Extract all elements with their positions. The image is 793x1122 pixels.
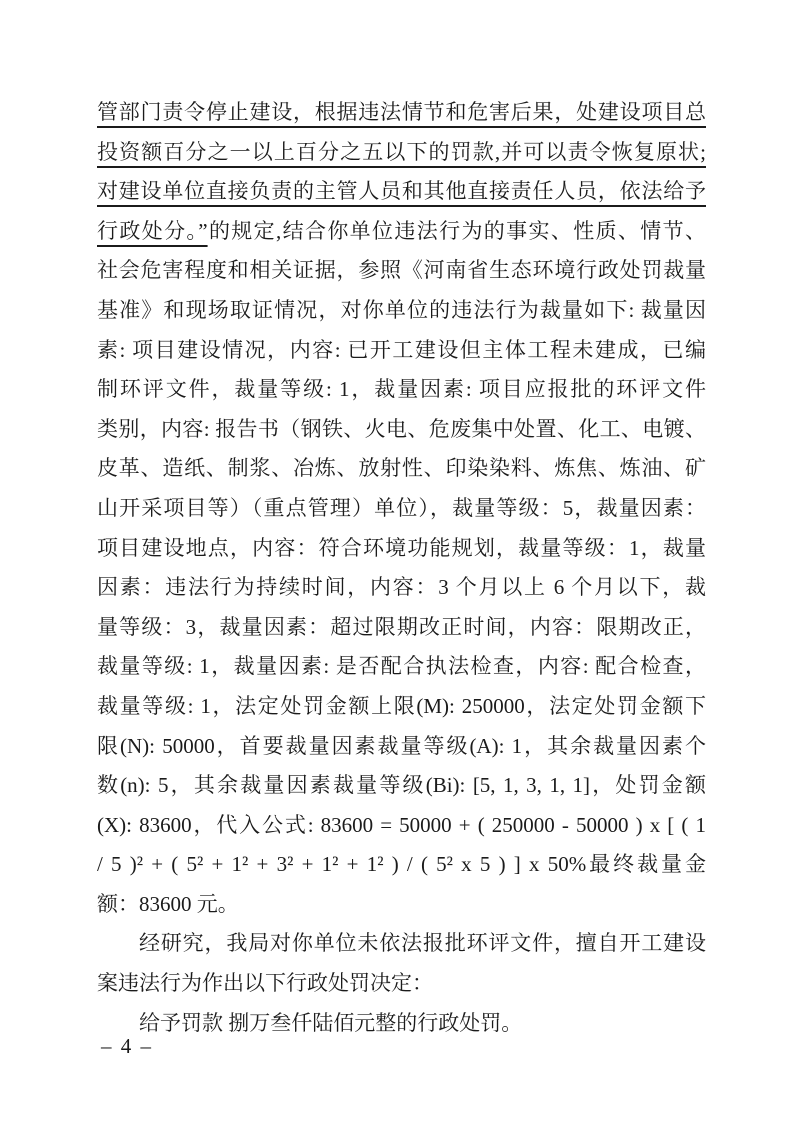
text-segment: 数(n): 5，其余裁量因素裁量等级(Bi): [5, 1, 3, 1, 1]，… — [97, 773, 706, 797]
text-line: 数(n): 5，其余裁量因素裁量等级(Bi): [5, 1, 3, 1, 1]，… — [97, 766, 706, 806]
text-line: 给予罚款 捌万叁仟陆佰元整的行政处罚。 — [97, 1004, 706, 1044]
text-line: 对建设单位直接负责的主管人员和其他直接责任人员，依法给予 — [97, 172, 706, 212]
text-segment: 裁量等级: 1，法定处罚金额上限(M): 250000，法定处罚金额下 — [97, 694, 706, 718]
underlined-text-segment: 行政处分。” — [97, 219, 208, 243]
text-line: / 5 )² + ( 5² + 1² + 3² + 1² + 1² ) / ( … — [97, 845, 706, 885]
text-segment: 制环评文件，裁量等级: 1，裁量因素: 项目应报批的环评文件 — [97, 377, 706, 401]
text-line: 管部门责令停止建设，根据违法情节和危害后果，处建设项目总 — [97, 93, 706, 133]
underlined-text-segment: 投资额百分之一以上百分之五以下的罚款,并可以责令恢复原状; — [97, 140, 706, 164]
text-segment: 的规定,结合你单位违法行为的事实、性质、情节、 — [208, 219, 706, 243]
text-line: 投资额百分之一以上百分之五以下的罚款,并可以责令恢复原状; — [97, 133, 706, 173]
text-segment: 额：83600 元。 — [97, 892, 239, 916]
text-segment: 因素：违法行为持续时间，内容：3 个月以上 6 个月以下，裁 — [97, 575, 706, 599]
text-line: 行政处分。”的规定,结合你单位违法行为的事实、性质、情节、 — [97, 212, 706, 252]
text-line: 基准》和现场取证情况，对你单位的违法行为裁量如下: 裁量因 — [97, 291, 706, 331]
text-line: 制环评文件，裁量等级: 1，裁量因素: 项目应报批的环评文件 — [97, 370, 706, 410]
text-line: 项目建设地点，内容：符合环境功能规划，裁量等级：1，裁量 — [97, 529, 706, 569]
text-segment: 案违法行为作出以下行政处罚决定： — [97, 971, 433, 995]
text-line: 因素：违法行为持续时间，内容：3 个月以上 6 个月以下，裁 — [97, 568, 706, 608]
text-line: 经研究，我局对你单位未依法报批环评文件，擅自开工建设 — [97, 924, 706, 964]
text-segment: 经研究，我局对你单位未依法报批环评文件，擅自开工建设 — [139, 931, 706, 955]
text-line: 类别，内容: 报告书（钢铁、火电、危废集中处置、化工、电镀、 — [97, 410, 706, 450]
text-segment: 皮革、造纸、制浆、冶炼、放射性、印染染料、炼焦、炼油、矿 — [97, 456, 706, 480]
text-segment: 山开采项目等）（重点管理）单位），裁量等级：5，裁量因素： — [97, 496, 706, 520]
text-segment: 裁量等级: 1，裁量因素: 是否配合执法检查，内容: 配合检查， — [97, 654, 706, 678]
text-line: 社会危害程度和相关证据，参照《河南省生态环境行政处罚裁量 — [97, 251, 706, 291]
text-segment: 社会危害程度和相关证据，参照《河南省生态环境行政处罚裁量 — [97, 258, 706, 282]
text-segment: 限(N): 50000，首要裁量因素裁量等级(A): 1，其余裁量因素个 — [97, 734, 706, 758]
text-line: (X): 83600，代入公式: 83600 = 50000 + ( 25000… — [97, 806, 706, 846]
text-segment: / 5 )² + ( 5² + 1² + 3² + 1² + 1² ) / ( … — [97, 852, 706, 876]
text-segment: 量等级：3，裁量因素：超过限期改正时间，内容：限期改正， — [97, 615, 706, 639]
text-segment: 给予罚款 捌万叁仟陆佰元整的行政处罚。 — [139, 1011, 522, 1035]
page-number: – 4 – — [101, 1031, 153, 1061]
underlined-text-segment: 管部门责令停止建设，根据违法情节和危害后果，处建设项目总 — [97, 100, 706, 124]
document-body: 管部门责令停止建设，根据违法情节和危害后果，处建设项目总投资额百分之一以上百分之… — [97, 93, 706, 1043]
text-line: 裁量等级: 1，裁量因素: 是否配合执法检查，内容: 配合检查， — [97, 647, 706, 687]
text-segment: 项目建设地点，内容：符合环境功能规划，裁量等级：1，裁量 — [97, 536, 706, 560]
text-line: 案违法行为作出以下行政处罚决定： — [97, 964, 706, 1004]
text-segment: 素: 项目建设情况，内容: 已开工建设但主体工程未建成，已编 — [97, 338, 706, 362]
text-line: 额：83600 元。 — [97, 885, 706, 925]
text-segment: 类别，内容: 报告书（钢铁、火电、危废集中处置、化工、电镀、 — [97, 417, 706, 441]
underlined-text-segment: 对建设单位直接负责的主管人员和其他直接责任人员，依法给予 — [97, 179, 706, 203]
text-line: 裁量等级: 1，法定处罚金额上限(M): 250000，法定处罚金额下 — [97, 687, 706, 727]
text-line: 量等级：3，裁量因素：超过限期改正时间，内容：限期改正， — [97, 608, 706, 648]
text-segment: (X): 83600，代入公式: 83600 = 50000 + ( 25000… — [97, 813, 706, 837]
text-line: 素: 项目建设情况，内容: 已开工建设但主体工程未建成，已编 — [97, 331, 706, 371]
text-segment: 基准》和现场取证情况，对你单位的违法行为裁量如下: 裁量因 — [97, 298, 706, 322]
text-line: 限(N): 50000，首要裁量因素裁量等级(A): 1，其余裁量因素个 — [97, 727, 706, 767]
text-line: 皮革、造纸、制浆、冶炼、放射性、印染染料、炼焦、炼油、矿 — [97, 449, 706, 489]
text-line: 山开采项目等）（重点管理）单位），裁量等级：5，裁量因素： — [97, 489, 706, 529]
